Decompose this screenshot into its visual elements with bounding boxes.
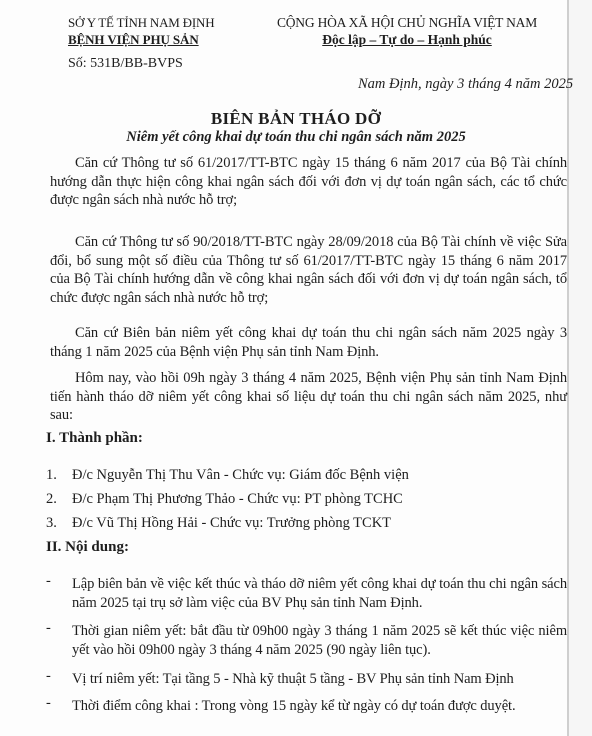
member-number: 2.: [46, 491, 72, 508]
content-item: - Lập biên bản về việc kết thúc và tháo …: [46, 575, 567, 612]
member-item: 3.Đ/c Vũ Thị Hồng Hải - Chức vụ: Trưởng …: [46, 515, 391, 532]
document-title: BIÊN BẢN THÁO DỠ: [0, 109, 592, 129]
content-item-text: Thời gian niêm yết: bắt đầu từ 09h00 ngà…: [72, 622, 567, 659]
place-date: Nam Định, ngày 3 tháng 4 năm 2025: [358, 76, 573, 93]
dash-bullet: -: [46, 667, 66, 686]
member-item: 2.Đ/c Phạm Thị Phương Thảo - Chức vụ: PT…: [46, 491, 403, 508]
section-heading-content: II. Nội dung:: [46, 539, 129, 556]
document-subtitle: Niêm yết công khai dự toán thu chi ngân …: [0, 129, 592, 146]
member-number: 3.: [46, 515, 72, 532]
content-item-text: Lập biên bản về việc kết thúc và tháo dỡ…: [72, 575, 567, 612]
section-heading-participants: I. Thành phần:: [46, 430, 143, 447]
member-text: Đ/c Nguyễn Thị Thu Vân - Chức vụ: Giám đ…: [72, 467, 409, 483]
dash-bullet: -: [46, 572, 66, 591]
paragraph-legal-basis-1: Căn cứ Thông tư số 61/2017/TT-BTC ngày 1…: [50, 154, 567, 210]
paragraph-intro: Hôm nay, vào hồi 09h ngày 3 tháng 4 năm …: [50, 369, 567, 425]
paragraph-legal-basis-3: Căn cứ Biên bản niêm yết công khai dự to…: [50, 324, 567, 361]
content-item: - Thời gian niêm yết: bắt đầu từ 09h00 n…: [46, 622, 567, 659]
document-number: Số: 531B/BB-BVPS: [68, 55, 238, 73]
member-text: Đ/c Vũ Thị Hồng Hải - Chức vụ: Trưởng ph…: [72, 515, 391, 531]
national-motto: Độc lập – Tự do – Hạnh phúc: [272, 31, 542, 48]
dash-bullet: -: [46, 694, 66, 713]
content-item-text: Vị trí niêm yết: Tại tầng 5 - Nhà kỹ thu…: [72, 670, 567, 689]
department-name: SỞ Y TẾ TỈNH NAM ĐỊNH: [68, 14, 238, 31]
dash-bullet: -: [46, 619, 66, 638]
content-item: - Vị trí niêm yết: Tại tầng 5 - Nhà kỹ t…: [46, 670, 567, 689]
organization-name: BỆNH VIỆN PHỤ SẢN: [68, 31, 238, 48]
header-right-block: CỘNG HÒA XÃ HỘI CHỦ NGHĨA VIỆT NAM Độc l…: [272, 14, 542, 48]
content-item-text: Thời điểm công khai : Trong vòng 15 ngày…: [72, 697, 567, 716]
member-text: Đ/c Phạm Thị Phương Thảo - Chức vụ: PT p…: [72, 491, 403, 507]
nation-title: CỘNG HÒA XÃ HỘI CHỦ NGHĨA VIỆT NAM: [272, 14, 542, 31]
member-number: 1.: [46, 467, 72, 484]
header-left-block: SỞ Y TẾ TỈNH NAM ĐỊNH BỆNH VIỆN PHỤ SẢN …: [68, 14, 238, 73]
member-item: 1.Đ/c Nguyễn Thị Thu Vân - Chức vụ: Giám…: [46, 467, 409, 484]
paragraph-legal-basis-2: Căn cứ Thông tư số 90/2018/TT-BTC ngày 2…: [50, 233, 567, 307]
content-item: - Thời điểm công khai : Trong vòng 15 ng…: [46, 697, 567, 716]
